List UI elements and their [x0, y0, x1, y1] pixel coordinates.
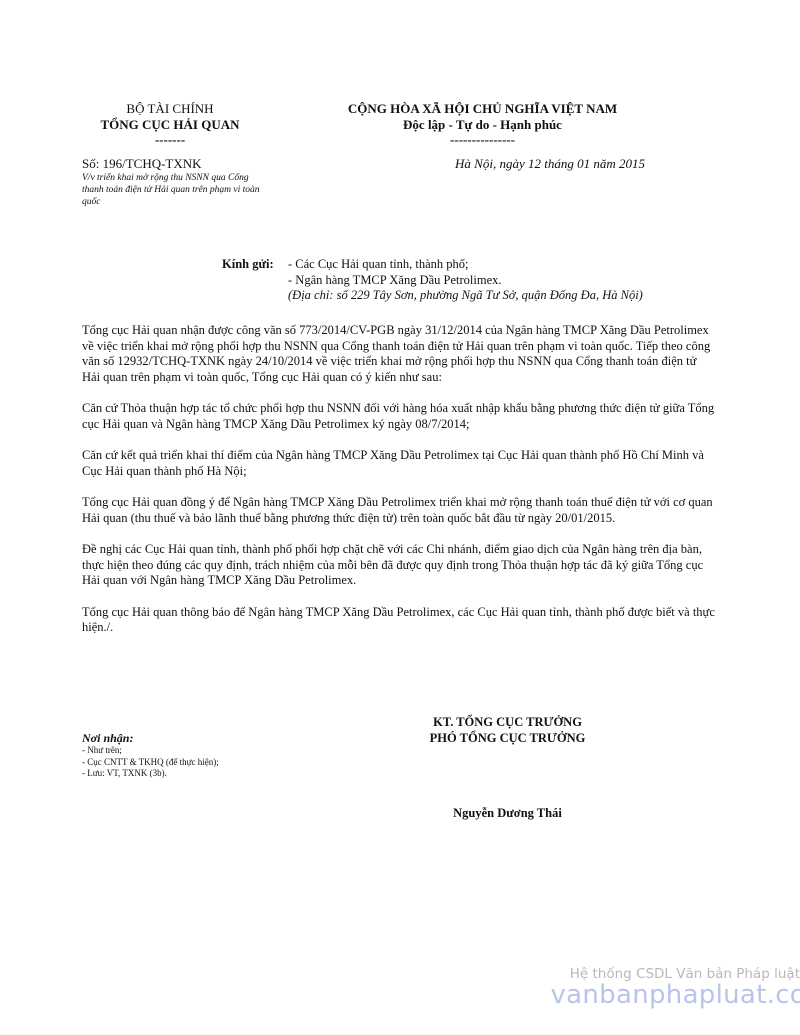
- document-number: Số: 196/TCHQ-TXNK: [82, 156, 202, 172]
- body-paragraph: Căn cứ Thỏa thuận hợp tác tổ chức phối h…: [82, 401, 716, 432]
- watermark-site-link[interactable]: vanbanphapluat.co: [550, 980, 800, 1010]
- signer-name: Nguyễn Dương Thái: [395, 806, 620, 821]
- agency-name: TỔNG CỤC HẢI QUAN: [80, 117, 260, 133]
- recipient-address: (Địa chỉ: số 229 Tây Sơn, phường Ngã Tư …: [288, 288, 662, 304]
- body-paragraph: Tổng cục Hải quan đồng ý để Ngân hàng TM…: [82, 495, 716, 526]
- body-paragraph: Căn cứ kết quả triển khai thí điểm của N…: [82, 448, 716, 479]
- motto-divider: ---------------: [305, 133, 660, 147]
- recipients-label: Kính gửi:: [222, 257, 274, 273]
- country-name: CỘNG HÒA XÃ HỘI CHỦ NGHĨA VIỆT NAM: [305, 101, 660, 117]
- body-paragraph: Tổng cục Hải quan nhận được công văn số …: [82, 323, 716, 385]
- national-header-block: CỘNG HÒA XÃ HỘI CHỦ NGHĨA VIỆT NAM Độc l…: [305, 101, 660, 147]
- agency-divider: -------: [80, 133, 260, 147]
- distribution-title: Nơi nhận:: [82, 731, 133, 746]
- distribution-item: - Lưu: VT, TXNK (3b).: [82, 768, 219, 780]
- distribution-item: - Như trên;: [82, 745, 219, 757]
- signature-title-1: KT. TỔNG CỤC TRƯỞNG: [395, 714, 620, 730]
- recipient-item: - Ngân hàng TMCP Xăng Dầu Petrolimex.: [288, 273, 662, 289]
- signature-title-2: PHÓ TỔNG CỤC TRƯỞNG: [395, 730, 620, 746]
- place-and-date: Hà Nội, ngày 12 tháng 01 năm 2015: [420, 156, 645, 172]
- distribution-list: - Như trên; - Cục CNTT & TKHQ (để thực h…: [82, 745, 219, 780]
- signature-title-block: KT. TỔNG CỤC TRƯỞNG PHÓ TỔNG CỤC TRƯỞNG: [395, 714, 620, 746]
- issuer-block: BỘ TÀI CHÍNH TỔNG CỤC HẢI QUAN -------: [80, 101, 260, 147]
- document-subject: V/v triển khai mở rộng thu NSNN qua Cổng…: [82, 172, 272, 208]
- document-body: Tổng cục Hải quan nhận được công văn số …: [82, 323, 716, 652]
- body-paragraph: Đề nghị các Cục Hải quan tỉnh, thành phố…: [82, 542, 716, 589]
- national-motto: Độc lập - Tự do - Hạnh phúc: [305, 117, 660, 133]
- recipients-block: Kính gửi: - Các Cục Hải quan tỉnh, thành…: [222, 257, 662, 304]
- body-paragraph: Tổng cục Hải quan thông báo để Ngân hàng…: [82, 605, 716, 636]
- ministry-name: BỘ TÀI CHÍNH: [80, 101, 260, 117]
- distribution-item: - Cục CNTT & TKHQ (để thực hiện);: [82, 757, 219, 769]
- recipient-item: - Các Cục Hải quan tỉnh, thành phố;: [288, 257, 662, 273]
